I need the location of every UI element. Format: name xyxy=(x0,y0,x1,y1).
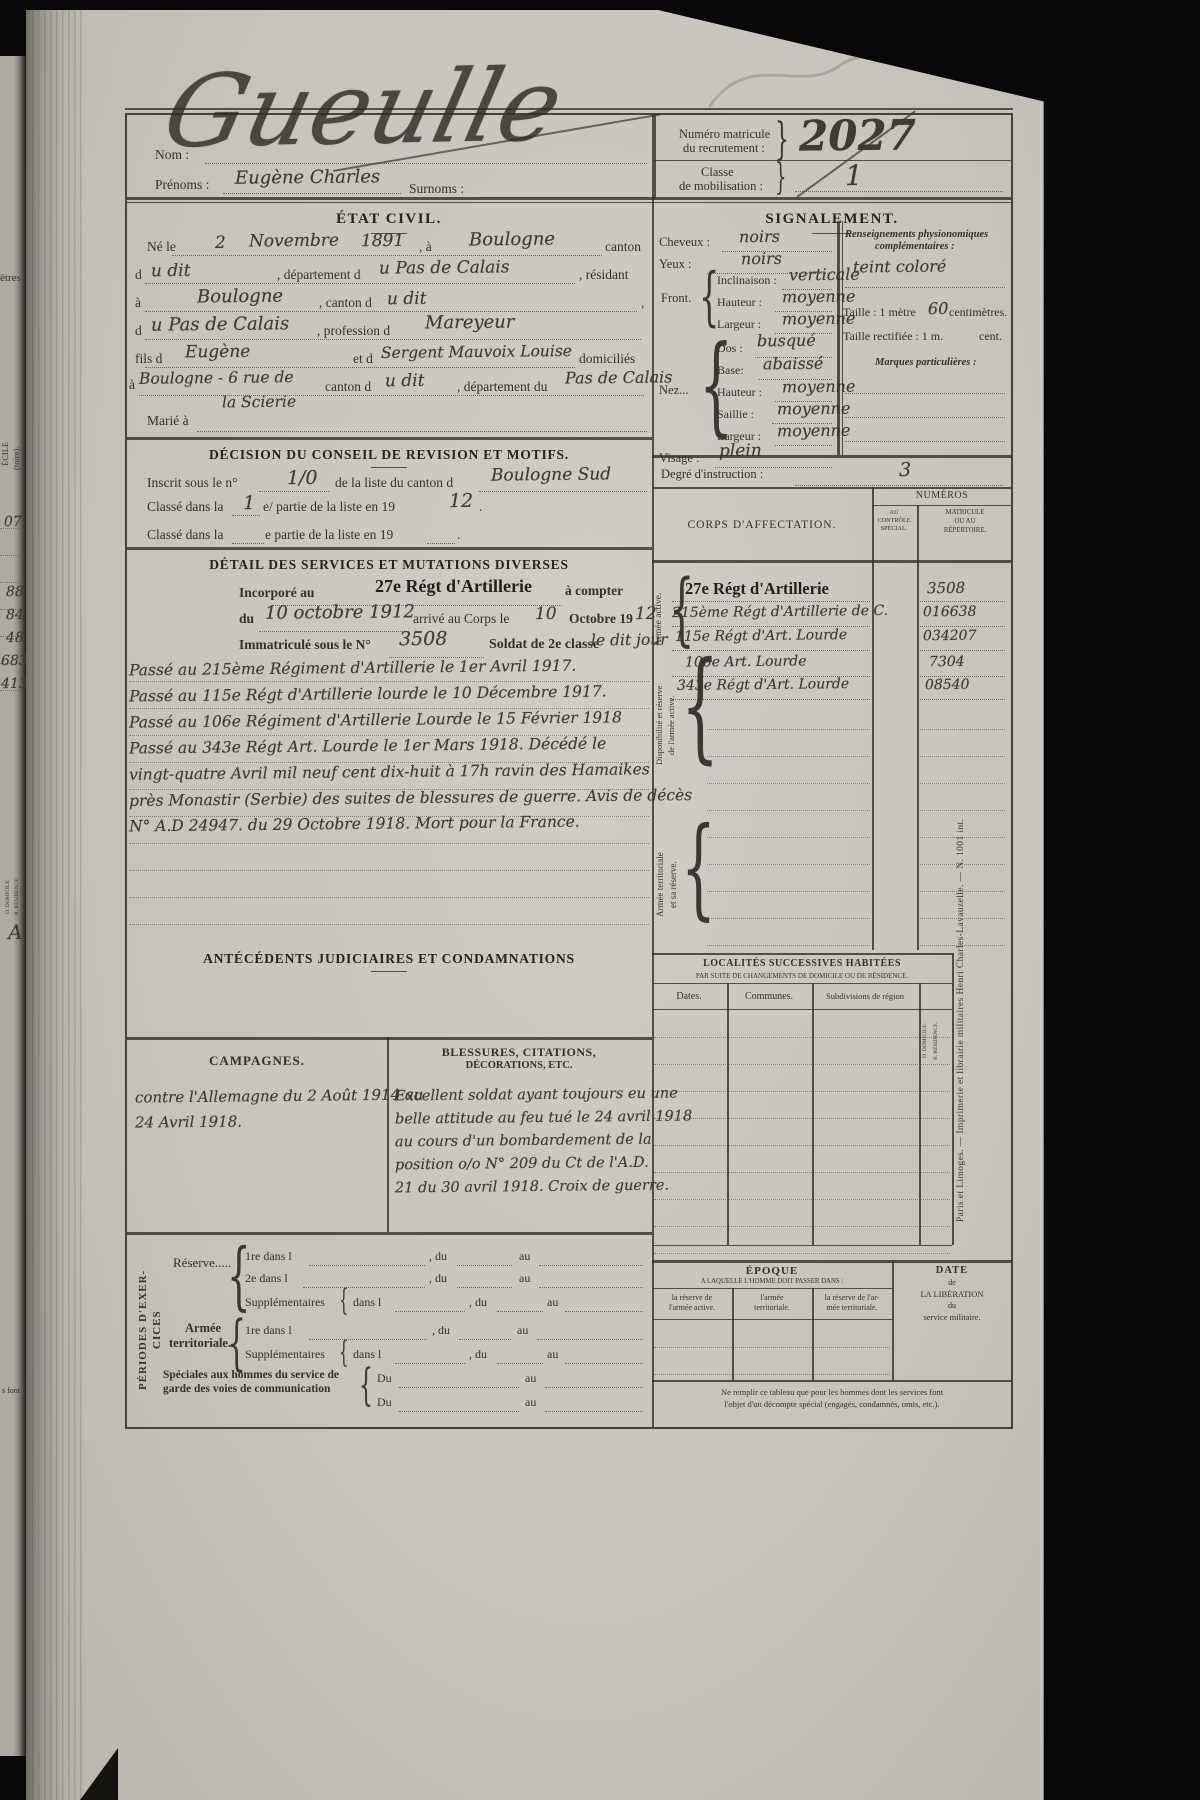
armee-territoriale-reserve-label: Armée territoriale xyxy=(655,817,665,952)
fill-line xyxy=(565,1301,643,1312)
armee-territoriale-reserve-label: et sa réserve. xyxy=(668,822,678,947)
ruled-area xyxy=(654,1321,890,1375)
fill-line xyxy=(232,505,260,516)
date-liberation-header: du xyxy=(948,1301,956,1310)
armee-territoriale-label: Armée xyxy=(185,1321,221,1336)
brace-glyph: { xyxy=(227,1315,246,1372)
header-row-divider xyxy=(654,160,1011,161)
canton-label: canton xyxy=(605,239,641,255)
regiment-stamp: 27e Régt d'Artillerie xyxy=(375,576,532,597)
du-label: du xyxy=(239,611,254,627)
ruled-line xyxy=(707,865,870,892)
epoque-subtitle: A LAQUELLE L'HOMME DOIT PASSER DANS : xyxy=(701,1278,843,1285)
section-rule xyxy=(652,455,1011,458)
fill-line xyxy=(427,533,455,544)
cheveux-label: Cheveux : xyxy=(659,235,710,250)
reserve-label: Réserve..... xyxy=(173,1255,231,1271)
date-liberation-header: service militaire. xyxy=(923,1312,980,1322)
dans-l-label: dans l xyxy=(353,1295,381,1310)
fill-line xyxy=(539,1277,643,1288)
section-rule xyxy=(127,197,1011,200)
territoriale-row1-label: 1re dans l xyxy=(245,1323,292,1338)
fill-line xyxy=(545,1401,643,1412)
period: . xyxy=(479,499,482,515)
brace-glyph: } xyxy=(775,161,786,195)
fill-line xyxy=(565,1353,643,1364)
fill-line xyxy=(920,689,1005,700)
epoque-title: ÉPOQUE xyxy=(746,1265,798,1277)
campagnes-title: CAMPAGNES. xyxy=(209,1053,305,1069)
blessures-entry: 21 du 30 avril 1918. Croix de guerre. xyxy=(395,1178,669,1197)
residant-label: , résidant xyxy=(579,267,629,283)
du-label: , du xyxy=(429,1249,447,1264)
ruled-line xyxy=(129,898,649,925)
nez-hauteur-label: Hauteur : xyxy=(717,385,762,400)
ruled-line xyxy=(654,1038,950,1065)
ruled-line xyxy=(707,730,870,757)
brace-glyph: { xyxy=(339,1339,349,1368)
fill-line xyxy=(259,621,409,632)
ruled-line xyxy=(654,1011,950,1038)
renseignements-label: Renseignements physionomiques xyxy=(845,229,988,240)
visage-label: Visage : xyxy=(659,451,700,466)
fill-line xyxy=(672,616,870,627)
ruled-line xyxy=(707,919,870,946)
ruled-line xyxy=(707,757,870,784)
fill-line xyxy=(920,591,1005,602)
fill-line xyxy=(795,475,1003,486)
nez-dos-label: Dos : xyxy=(717,341,743,356)
matricule-form: Nom : Prénoms : Eugène Charles Surnoms :… xyxy=(125,113,1013,1429)
blessures-entry: belle attitude au feu tué le 24 avril 19… xyxy=(395,1108,692,1127)
numeros-column-line xyxy=(872,487,874,950)
d-label: d xyxy=(135,323,142,339)
left-strip-number: 683 xyxy=(1,653,28,669)
epoque-note: Ne remplir ce tableau que pour les homme… xyxy=(721,1387,943,1397)
taille-rectifiee-label: Taille rectifiée : 1 m. xyxy=(843,329,943,344)
arrivee-jour-value: 10 xyxy=(535,604,557,624)
domicilies-label: domiciliés xyxy=(579,351,635,367)
fill-line xyxy=(205,153,647,164)
partie-liste-label: e partie de la liste en 19 xyxy=(265,527,393,543)
left-strip-fragment: s font xyxy=(2,1386,20,1395)
fill-line xyxy=(479,481,647,492)
section-rule xyxy=(127,202,1011,203)
classe-mobilisation-label: Classe xyxy=(701,165,734,180)
fill-line xyxy=(309,1255,425,1266)
brace-glyph: { xyxy=(339,1287,349,1316)
section-rule xyxy=(652,487,1011,489)
speciales-label: Spéciales aux hommes du service de xyxy=(163,1369,339,1381)
left-strip-number: 48 xyxy=(6,630,24,646)
brace-glyph: } xyxy=(775,119,789,161)
matricule-number-value: 2027 xyxy=(799,110,916,160)
taille-value: 60 xyxy=(928,299,949,318)
ruled-line xyxy=(654,1119,950,1146)
fill-line xyxy=(172,245,602,256)
fill-line xyxy=(395,1301,465,1312)
left-strip-fragment: ètres xyxy=(0,272,21,284)
fill-line xyxy=(145,273,575,284)
fill-line xyxy=(920,640,1005,651)
fill-line xyxy=(197,421,647,432)
ruled-line xyxy=(654,1146,950,1173)
du-label: , du xyxy=(429,1271,447,1286)
surnoms-label: Surnoms : xyxy=(409,181,464,197)
au-label: au xyxy=(519,1249,530,1264)
front-hauteur-label: Hauteur : xyxy=(717,295,762,310)
epoque-col3-header: la réserve de l'ar- xyxy=(825,1293,880,1302)
nez-saillie-label: Saillie : xyxy=(717,407,754,422)
ruled-line xyxy=(920,703,1005,730)
du-label: , du xyxy=(469,1295,487,1310)
table-border xyxy=(652,1009,952,1010)
left-strip-vertical-fragment: ÈCILE xyxy=(0,424,10,484)
section-rule xyxy=(127,547,652,550)
fill-line xyxy=(759,369,832,380)
periodes-exercices-label: CICES xyxy=(151,1245,163,1415)
date-liberation-header: DATE xyxy=(936,1265,968,1276)
au-label: au xyxy=(547,1347,558,1362)
matricule-number-label: Numéro matricule xyxy=(679,127,770,142)
epoque-col2-header: l'armée xyxy=(760,1293,783,1302)
table-column-line xyxy=(892,1260,894,1380)
blessures-entry: Excellent soldat ayant toujours eu une xyxy=(395,1086,678,1105)
fill-line xyxy=(845,277,1005,288)
box-divider xyxy=(387,1037,389,1232)
fill-line xyxy=(795,181,1003,192)
period: . xyxy=(457,527,460,543)
table-border xyxy=(652,1380,1011,1382)
fill-line xyxy=(775,301,832,312)
fill-line xyxy=(457,1255,512,1266)
table-border xyxy=(952,953,954,1245)
ruled-line xyxy=(707,838,870,865)
left-strip-letter: A xyxy=(8,920,23,944)
nom-label: Nom : xyxy=(155,147,189,163)
fill-line xyxy=(672,591,870,602)
ruled-line xyxy=(654,1092,950,1119)
fill-line xyxy=(920,666,1005,677)
epoque-col2-header: territoriale. xyxy=(754,1303,790,1312)
comma: , xyxy=(641,295,644,311)
campagnes-entry: contre l'Allemagne du 2 Août 1914 au xyxy=(135,1085,424,1106)
taille-unit-label: centimètres. xyxy=(949,305,1007,320)
epoque-note: l'objet d'un décompte spécial (engagés, … xyxy=(724,1399,939,1409)
fill-line xyxy=(537,1329,643,1340)
ruled-line xyxy=(654,1173,950,1200)
localites-subtitle: PAR SUITE DE CHANGEMENTS DE DOMICILE OU … xyxy=(696,972,908,980)
epoque-col3-header: mée territoriale. xyxy=(826,1303,877,1312)
renseignements-label: complémentaires : xyxy=(875,241,955,252)
section-rule xyxy=(127,437,652,440)
controle-special-header: CONTRÔLE xyxy=(878,517,911,524)
corps-affectation-title: CORPS D'AFFECTATION. xyxy=(688,519,837,531)
arrivee-mois-label: Octobre 19 xyxy=(569,611,633,627)
taille-label: Taille : 1 mètre xyxy=(843,305,916,320)
table-border xyxy=(652,1319,892,1320)
table-border xyxy=(652,953,952,955)
fill-line xyxy=(539,1255,643,1266)
fill-line xyxy=(845,431,1005,442)
fill-line xyxy=(457,1277,512,1288)
ruled-area xyxy=(707,703,870,946)
etat-civil-title: ÉTAT CIVIL. xyxy=(336,211,442,228)
fill-line xyxy=(223,183,401,194)
fill-line xyxy=(845,407,1005,418)
title-underline xyxy=(371,971,407,972)
matricule-repertoire-header: OU AU xyxy=(955,518,976,525)
fill-line xyxy=(145,357,575,368)
prenoms-label: Prénoms : xyxy=(155,177,209,193)
header-box-divider xyxy=(654,115,656,199)
antecedents-title: ANTÉCÉDENTS JUDICIAIRES ET CONDAMNATIONS xyxy=(203,951,575,967)
a-compter-label: à compter xyxy=(565,583,623,599)
section-rule xyxy=(652,1260,1011,1263)
degre-instruction-label: Degré d'instruction : xyxy=(661,467,763,482)
ruled-line xyxy=(654,1065,950,1092)
fill-line xyxy=(845,383,1005,394)
ruled-line xyxy=(654,1348,890,1375)
fill-line xyxy=(545,1377,643,1388)
fill-line xyxy=(399,1377,519,1388)
au-label: au xyxy=(519,1271,530,1286)
section-rule xyxy=(127,1037,652,1040)
disponibilite-reserve-label: de l'armée active. xyxy=(666,655,676,795)
decision-title: DÉCISION DU CONSEIL DE REVISION ET MOTIF… xyxy=(209,447,569,463)
fill-line xyxy=(459,1329,511,1340)
localites-col-subdivisions: Subdivisions de région xyxy=(826,991,904,1001)
fill-line xyxy=(145,329,641,340)
scanned-military-register-photo: ètres ÈCILE (toire). 07 88 84 48 683 413… xyxy=(0,0,1200,1800)
localites-col-dates: Dates. xyxy=(676,991,701,1002)
ruled-line xyxy=(129,871,649,898)
supplementaires-label: Supplémentaires xyxy=(245,1347,325,1362)
fill-line xyxy=(399,1401,519,1412)
brace-glyph: { xyxy=(359,1365,373,1407)
blessures-entry: au cours d'un bombardement de la xyxy=(395,1132,652,1151)
fill-line xyxy=(259,481,329,492)
numeros-header: NUMÉROS xyxy=(916,490,968,501)
ruled-line xyxy=(0,529,24,556)
yeux-label: Yeux : xyxy=(659,257,691,272)
epoque-col1-header: la réserve de xyxy=(672,1293,712,1302)
fill-line xyxy=(303,1277,425,1288)
a-label: à xyxy=(135,295,141,311)
ruled-line xyxy=(920,730,1005,757)
epoque-col1-header: l'armée active. xyxy=(669,1303,715,1312)
table-border xyxy=(652,1245,952,1246)
fill-line xyxy=(139,385,644,396)
controle-special-header: SPÉCIAL. xyxy=(881,525,908,532)
classe-mobilisation-label: de mobilisation : xyxy=(679,179,763,194)
blessures-subtitle: DÉCORATIONS, ETC. xyxy=(466,1060,573,1071)
book-gutter-shadow xyxy=(26,10,126,1800)
controle-special-header: AU xyxy=(890,509,899,516)
soldat-classe-stamp: Soldat de 2e classe xyxy=(489,637,599,653)
blessures-title: BLESSURES, CITATIONS, xyxy=(442,1045,596,1060)
left-page-sliver: ètres ÈCILE (toire). 07 88 84 48 683 413… xyxy=(0,56,26,1756)
supplementaires-label: Supplémentaires xyxy=(245,1295,325,1310)
nez-label: Nez... xyxy=(659,383,689,398)
table-border xyxy=(652,983,952,984)
du-label: Du xyxy=(377,1371,392,1386)
armee-territoriale-label: territoriale. xyxy=(169,1336,231,1351)
au-label: au xyxy=(517,1323,528,1338)
inclinaison-label: Inclinaison : xyxy=(717,273,777,288)
du-label: , du xyxy=(432,1323,450,1338)
date-liberation-header: de xyxy=(948,1278,956,1287)
fill-line xyxy=(309,1329,427,1340)
au-label: au xyxy=(525,1395,536,1410)
ruled-line xyxy=(129,844,649,871)
left-strip-vertical-fragment: (toire). xyxy=(11,426,21,490)
matricule-repertoire-header: RÉPERTOIRE. xyxy=(944,527,986,534)
inscrit-label: Inscrit sous le n° xyxy=(147,475,238,491)
left-strip-number: 84 xyxy=(6,607,24,623)
title-underline xyxy=(371,467,407,468)
fill-line xyxy=(232,533,264,544)
d-label: d xyxy=(135,267,142,283)
matricule-repertoire-header: MATRICULE xyxy=(946,509,985,516)
fill-line xyxy=(775,435,832,446)
ruled-area xyxy=(654,1011,950,1254)
matricule-number-label: du recrutement : xyxy=(683,141,765,156)
date-liberation-header: LA LIBÉRATION xyxy=(920,1289,983,1299)
signalement-inner-divider xyxy=(837,221,840,455)
numeros-column-line xyxy=(917,505,919,950)
liste-canton-label: de la liste du canton d xyxy=(335,475,453,491)
ruled-line xyxy=(707,784,870,811)
signalement-title: SIGNALEMENT. xyxy=(765,211,898,228)
classe-liste-annee-value: 12 xyxy=(449,490,473,512)
fill-line xyxy=(395,1353,465,1364)
au-label: au xyxy=(547,1295,558,1310)
ruled-line xyxy=(707,892,870,919)
fill-line xyxy=(497,1301,543,1312)
fill-line xyxy=(497,1353,543,1364)
fill-line xyxy=(920,616,1005,627)
marie-a-label: Marié à xyxy=(147,413,189,429)
localites-title: LOCALITÉS SUCCESSIVES HABITÉES xyxy=(703,958,901,969)
ruled-line xyxy=(707,811,870,838)
immatricule-label: Immatriculé sous le N° xyxy=(239,637,371,653)
a-label: à xyxy=(129,377,135,393)
periodes-exercices-label: PÉRIODES D'EXER- xyxy=(137,1245,149,1415)
blessures-entry: position o/o N° 209 du Ct de l'A.D. xyxy=(395,1155,649,1174)
fill-line xyxy=(772,413,832,424)
fill-line xyxy=(145,301,637,312)
localites-col-communes: Communes. xyxy=(745,991,793,1002)
table-border xyxy=(652,1288,892,1289)
ruled-line xyxy=(654,1227,950,1254)
ruled-line xyxy=(654,1321,890,1348)
services-title: DÉTAIL DES SERVICES ET MUTATIONS DIVERSE… xyxy=(209,557,569,573)
renseignements-value: teint coloré xyxy=(853,257,946,277)
printer-imprint: Paris et Limoges. — Imprimerie et librai… xyxy=(956,774,972,1266)
ruled-line xyxy=(707,703,870,730)
marques-particulieres-label: Marques particulières : xyxy=(875,357,977,368)
left-strip-number: 88 xyxy=(6,584,24,600)
section-rule xyxy=(652,560,1011,563)
left-strip-number: 413 xyxy=(1,676,28,692)
campagnes-entry: 24 Avril 1918. xyxy=(135,1112,242,1131)
classe-liste-label: Classé dans la xyxy=(147,527,224,543)
partie-liste-label: e/ partie de la liste en 19 xyxy=(263,499,395,515)
fill-line xyxy=(782,279,832,290)
fill-line xyxy=(775,391,832,402)
fill-line xyxy=(755,347,832,358)
au-label: au xyxy=(525,1371,536,1386)
arrive-au-corps-label: arrivé au Corps le xyxy=(413,611,509,627)
numeros-divider xyxy=(872,505,1011,506)
speciales-label: garde des voies de communication xyxy=(163,1383,330,1395)
front-label: Front. xyxy=(661,291,691,306)
du-label: Du xyxy=(377,1395,392,1410)
taille-rectifiee-unit: cent. xyxy=(979,329,1002,344)
du-label: , du xyxy=(469,1347,487,1362)
ruled-line xyxy=(0,556,24,583)
left-strip-number: 07 xyxy=(4,514,22,530)
reserve-row1-label: 1re dans l xyxy=(245,1249,292,1264)
reserve-row2-label: 2e dans l xyxy=(245,1271,288,1286)
classe-liste-label: Classé dans la xyxy=(147,499,224,515)
ruled-line xyxy=(654,1200,950,1227)
disponibilite-reserve-label: Disponibilité et réserve xyxy=(654,650,664,800)
nez-base-label: Base: xyxy=(717,363,744,378)
section-rule xyxy=(127,1232,652,1235)
